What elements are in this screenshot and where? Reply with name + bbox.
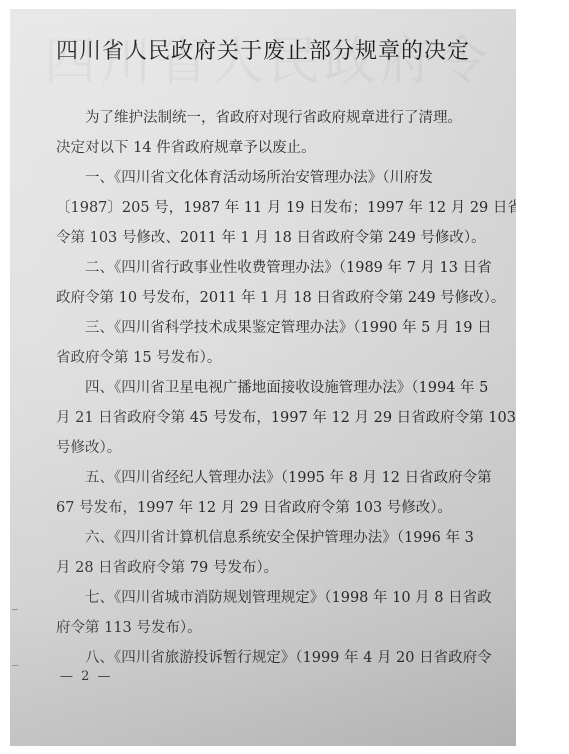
item-2: 二、《四川省行政事业性收费管理办法》（1989 年 7 月 13 日省 政府令第… bbox=[56, 253, 516, 313]
item-4: 四、《四川省卫星电视广播地面接收设施管理办法》（1994 年 5 月 21 日省… bbox=[56, 373, 516, 463]
text-line: 五、《四川省经纪人管理办法》（1995 年 8 月 12 日省政府令第 bbox=[56, 463, 516, 493]
text-line: 一、《四川省文化体育活动场所治安管理办法》（川府发 bbox=[56, 163, 516, 193]
item-3: 三、《四川省科学技术成果鉴定管理办法》（1990 年 5 月 19 日 省政府令… bbox=[56, 313, 516, 373]
text-line: 省政府令第 15 号发布）。 bbox=[56, 343, 516, 373]
item-7: 七、《四川省城市消防规划管理规定》（1998 年 10 月 8 日省政 府令第 … bbox=[56, 583, 516, 643]
item-8: 八、《四川省旅游投诉暂行规定》（1999 年 4 月 20 日省政府令 bbox=[56, 643, 516, 673]
text-line: 为了维护法制统一，省政府对现行省政府规章进行了清理。 bbox=[56, 103, 516, 133]
text-line: 府令第 113 号发布）。 bbox=[56, 613, 516, 643]
text-line: 月 21 日省政府令第 45 号发布，1997 年 12 月 29 日省政府令第… bbox=[56, 403, 516, 433]
text-line: 67 号发布，1997 年 12 月 29 日省政府令第 103 号修改）。 bbox=[56, 493, 516, 523]
text-line: 三、《四川省科学技术成果鉴定管理办法》（1990 年 5 月 19 日 bbox=[56, 313, 516, 343]
text-line: 六、《四川省计算机信息系统安全保护管理办法》（1996 年 3 bbox=[56, 523, 516, 553]
document-title: 四川省人民政府关于废止部分规章的决定 bbox=[10, 34, 516, 65]
item-5: 五、《四川省经纪人管理办法》（1995 年 8 月 12 日省政府令第 67 号… bbox=[56, 463, 516, 523]
text-line: 八、《四川省旅游投诉暂行规定》（1999 年 4 月 20 日省政府令 bbox=[56, 643, 516, 673]
item-6: 六、《四川省计算机信息系统安全保护管理办法》（1996 年 3 月 28 日省政… bbox=[56, 523, 516, 583]
text-line: 二、《四川省行政事业性收费管理办法》（1989 年 7 月 13 日省 bbox=[56, 253, 516, 283]
page-number: — 2 — bbox=[60, 669, 113, 684]
text-line: 号修改）。 bbox=[56, 433, 516, 463]
edge-mark bbox=[12, 609, 18, 610]
text-line: 决定对以下 14 件省政府规章予以废止。 bbox=[56, 133, 516, 163]
document-page: 四川省人民政府令 四川省人民政府关于废止部分规章的决定 为了维护法制统一，省政府… bbox=[10, 9, 516, 746]
text-line: 四、《四川省卫星电视广播地面接收设施管理办法》（1994 年 5 bbox=[56, 373, 516, 403]
text-line: 七、《四川省城市消防规划管理规定》（1998 年 10 月 8 日省政 bbox=[56, 583, 516, 613]
item-1: 一、《四川省文化体育活动场所治安管理办法》（川府发 〔1987〕205 号，19… bbox=[56, 163, 516, 253]
text-line: 令第 103 号修改、2011 年 1 月 18 日省政府令第 249 号修改）… bbox=[56, 223, 516, 253]
edge-mark bbox=[12, 665, 18, 666]
text-line: 政府令第 10 号发布，2011 年 1 月 18 日省政府令第 249 号修改… bbox=[56, 283, 516, 313]
text-line: 〔1987〕205 号，1987 年 11 月 19 日发布；1997 年 12… bbox=[56, 193, 516, 223]
document-body: 为了维护法制统一，省政府对现行省政府规章进行了清理。 决定对以下 14 件省政府… bbox=[56, 103, 516, 673]
intro-paragraph: 为了维护法制统一，省政府对现行省政府规章进行了清理。 决定对以下 14 件省政府… bbox=[56, 103, 516, 163]
text-line: 月 28 日省政府令第 79 号发布）。 bbox=[56, 553, 516, 583]
